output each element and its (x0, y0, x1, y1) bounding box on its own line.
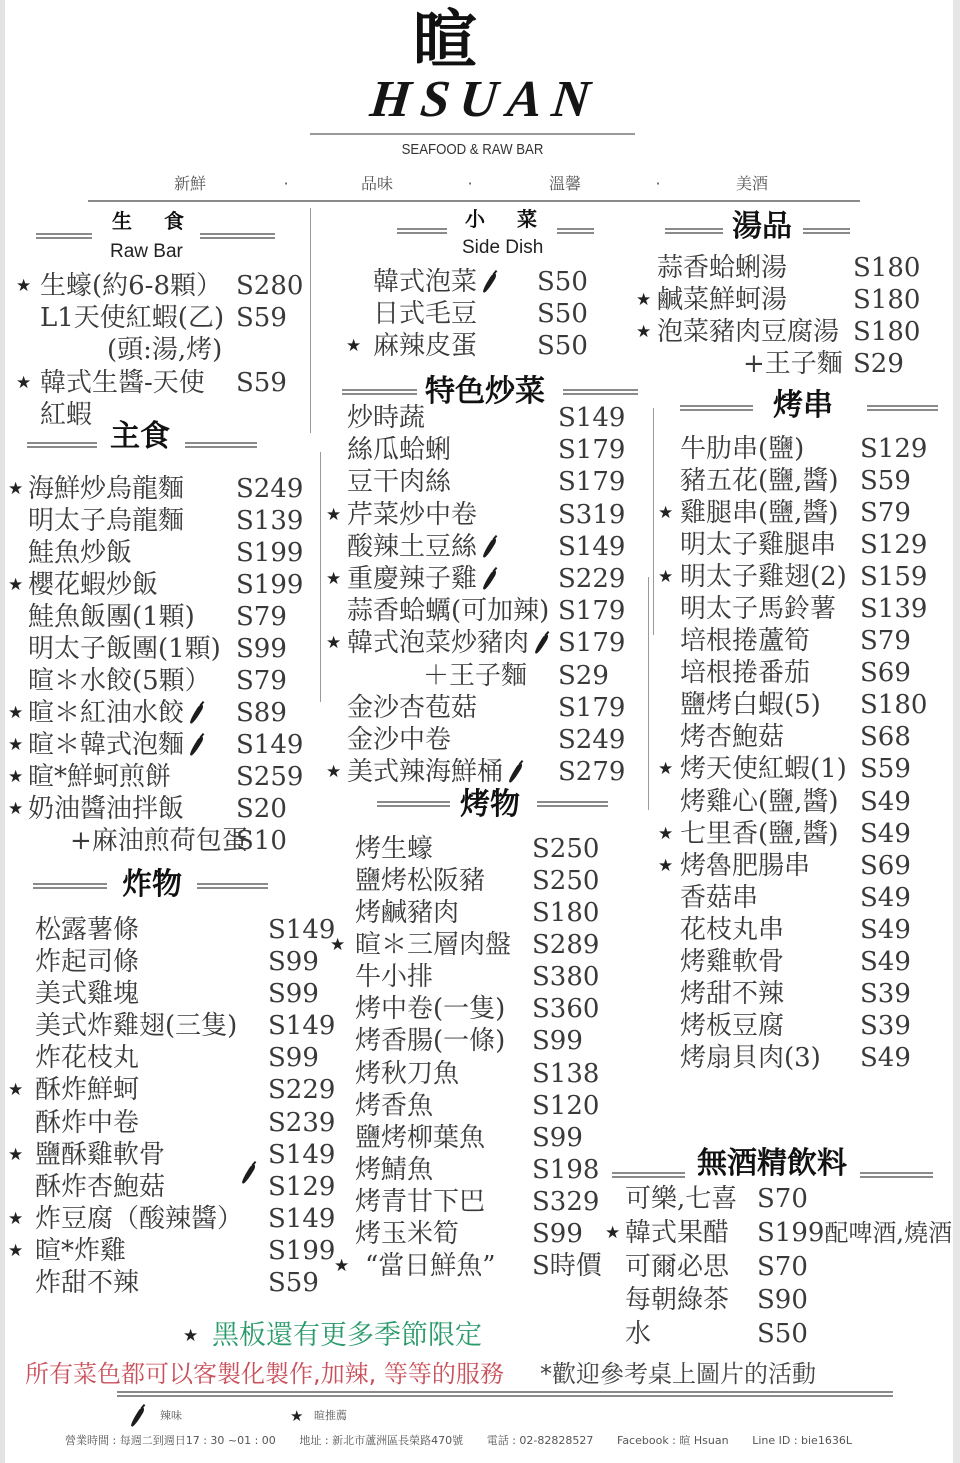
section-subtitle-side-dish: Side Dish (462, 237, 543, 259)
item-price: S79 (236, 601, 287, 633)
item-name: 炸花枝丸 (35, 1042, 139, 1074)
item-name: 烤甜不辣 (680, 978, 784, 1010)
item-name: 明太子烏龍麵 (28, 505, 184, 537)
double-rule (117, 1391, 893, 1397)
double-rule (860, 1172, 933, 1178)
item-price: S49 (860, 882, 911, 914)
item-name: 酥炸中卷 (35, 1107, 139, 1139)
star-icon (8, 473, 23, 505)
item-name-cell: 暄＊紅油水餃 (28, 697, 205, 729)
item-name: 蒜香蛤蠣(可加辣) (347, 595, 549, 627)
item-name: “當日鮮魚” (365, 1250, 496, 1282)
tagline-warm: 溫馨 (530, 174, 600, 194)
item-price: S70 (757, 1183, 808, 1217)
item-name-cell: 暄＊韓式泡麵 (28, 729, 205, 761)
chili-icon (480, 270, 498, 294)
item-name: 烤雞心(鹽,醬) (680, 786, 839, 818)
seasonal-note: 黑板還有更多季節限定 (212, 1320, 482, 1352)
tagline-wine: 美酒 (717, 174, 787, 194)
item-price: S49 (860, 818, 911, 850)
item-name: 烤鯖魚 (355, 1154, 433, 1186)
tagline-taste: 品味 (342, 174, 412, 194)
item-name: 金沙中卷 (347, 724, 451, 756)
item-price: S199 (236, 537, 303, 569)
double-rule (27, 442, 97, 448)
star-icon (8, 1235, 23, 1267)
item-name-cell: 海鮮炒烏龍麵 (28, 473, 184, 505)
item-name: 烤鹹豬肉 (355, 897, 459, 929)
chili-icon (480, 535, 498, 559)
section-title-soup: 湯品 (732, 211, 792, 243)
chili-icon (532, 631, 550, 655)
chili-icon (480, 567, 498, 591)
item-price: S99 (268, 946, 319, 978)
item-name: 美式雞塊 (35, 978, 139, 1010)
tagline-separator: · (251, 174, 321, 194)
item-price: S29 (853, 348, 904, 380)
item-price: S360 (532, 993, 599, 1025)
item-price: S199 (236, 569, 303, 601)
item-price: S69 (860, 850, 911, 882)
chili-icon (239, 1161, 257, 1185)
item-price: S259 (236, 761, 303, 793)
double-rule (33, 883, 107, 889)
section-title-mains: 主食 (110, 421, 170, 453)
item-name: 鮭魚炒飯 (28, 537, 132, 569)
item-price: S59 (236, 302, 287, 334)
double-rule (557, 228, 594, 234)
addon-name: +王子麵 (743, 348, 843, 380)
item-price: S239 (268, 1107, 335, 1139)
item-price: S180 (860, 689, 927, 721)
item-name: 明太子馬鈴薯 (680, 593, 836, 625)
item-name: 暄＊水餃(5顆） (28, 665, 211, 697)
item-price: S10 (236, 825, 287, 857)
section-title-fried: 炸物 (122, 869, 182, 901)
item-name: 炸甜不辣 (35, 1267, 139, 1299)
item-name: 明太子飯團(1顆) (28, 633, 221, 665)
chili-icon (128, 1404, 146, 1428)
item-name-cell: 暄＊水餃(5顆） (28, 665, 211, 697)
star-icon (605, 1217, 620, 1251)
section-title-side-dish: 小 菜 (465, 208, 543, 230)
item-name-cell: 櫻花蝦炒飯 (28, 569, 158, 601)
item-price: S129 (860, 529, 927, 561)
page-edge-right (953, 0, 960, 1463)
item-name: 烤中卷(一隻) (355, 993, 505, 1025)
star-icon (8, 761, 23, 793)
item-name: 蒜香蛤蜊湯 (657, 252, 787, 284)
item-name: 香菇串 (680, 882, 758, 914)
divider (310, 133, 635, 135)
star-icon (8, 1203, 23, 1235)
item-price: S199 (757, 1218, 824, 1248)
star-icon (8, 1074, 23, 1106)
star-icon (346, 330, 361, 362)
item-name-cell: 鮭魚飯團(1顆) (28, 601, 195, 633)
item-price: S180 (853, 284, 920, 316)
item-price: S198 (532, 1154, 599, 1186)
section-title-stir-fry: 特色炒菜 (425, 376, 545, 408)
item-name-cell: 蒜香蛤蠣(可加辣) (347, 595, 549, 627)
item-price: S180 (532, 897, 599, 929)
item-name-cell: 日式毛豆 (373, 298, 477, 330)
item-name: 暄＊紅油水餃 (28, 697, 184, 729)
item-price: S59 (236, 367, 287, 399)
item-name: 豆干肉絲 (347, 466, 451, 498)
item-name: 花枝丸串 (680, 914, 784, 946)
item-name-cell: 美式辣海鮮桶 (347, 756, 524, 788)
item-price: S180 (853, 252, 920, 284)
item-price: S139 (860, 593, 927, 625)
item-name: 麻辣皮蛋 (373, 330, 477, 362)
star-icon (326, 499, 341, 531)
star-icon (658, 818, 673, 850)
item-price: S39 (860, 1010, 911, 1042)
item-name: 烤香魚 (355, 1090, 433, 1122)
item-name: 每朝綠茶 (625, 1284, 729, 1318)
item-name: 鮭魚飯團(1顆) (28, 601, 195, 633)
item-name: 水 (625, 1318, 651, 1352)
item-note: (頭:湯,烤) (107, 334, 222, 366)
item-price: S149 (268, 1139, 335, 1171)
item-name: 暄＊三層肉盤 (355, 929, 511, 961)
item-price: S159 (860, 561, 927, 593)
star-icon (183, 1322, 198, 1350)
item-price: S149 (268, 1010, 335, 1042)
item-name: 芹菜炒中卷 (347, 499, 477, 531)
star-icon (326, 563, 341, 595)
item-name: 美式辣海鮮桶 (347, 756, 503, 788)
business-hours: 營業時間 : 每週二到週日17 : 30 ~01 : 00 (65, 1434, 276, 1448)
item-name: 雞腿串(鹽,醬) (680, 497, 839, 529)
item-name: 美式炸雞翅(三隻) (35, 1010, 237, 1042)
double-rule (680, 405, 753, 411)
addon-name: ＋王子麵 (423, 660, 527, 692)
item-price: S250 (532, 865, 599, 897)
item-price: S時價 (532, 1250, 602, 1282)
chili-icon (187, 701, 205, 725)
chili-icon (506, 760, 524, 784)
item-price: S149 (236, 729, 303, 761)
star-icon (658, 497, 673, 529)
item-price: S229 (558, 563, 625, 595)
item-name: 可爾必思 (625, 1251, 729, 1285)
star-icon (658, 850, 673, 882)
item-name-cell: 重慶辣子雞 (347, 563, 498, 595)
tagline-separator: · (623, 174, 693, 194)
star-icon (326, 627, 341, 659)
item-price: S59 (268, 1267, 319, 1299)
star-icon (334, 1250, 349, 1282)
item-name-cell: 鮭魚炒飯 (28, 537, 132, 569)
item-name: 牛肋串(鹽) (680, 433, 804, 465)
item-name-cell: 韓式泡菜炒豬肉 (347, 627, 550, 659)
item-name-cell: 暄*鮮蚵煎餅 (28, 761, 171, 793)
item-name-cell: 明太子烏龍麵 (28, 505, 184, 537)
item-name: 韓式果醋 (625, 1217, 729, 1251)
item-price: S380 (532, 961, 599, 993)
item-name: 烤青甘下巴 (355, 1186, 485, 1218)
item-price: S99 (236, 633, 287, 665)
item-name: 韓式泡菜 (373, 266, 477, 298)
addon-name: +麻油煎荷包蛋 (70, 825, 248, 857)
item-name: 酥炸杏鮑菇 (35, 1171, 165, 1203)
item-price: S50 (537, 298, 588, 330)
double-rule (612, 1172, 685, 1178)
item-name: 可樂,七喜 (625, 1183, 737, 1217)
item-price: S149 (268, 914, 335, 946)
line-id: Line ID : bie1636L (752, 1434, 852, 1448)
item-price: S229 (268, 1074, 335, 1106)
item-price: S280 (236, 270, 303, 302)
item-price: S50 (537, 266, 588, 298)
chili-icon (187, 733, 205, 757)
item-name-cell: 金沙杏苞菇 (347, 692, 477, 724)
item-price: S89 (236, 697, 287, 729)
item-price: S49 (860, 946, 911, 978)
item-name: 明太子雞腿串 (680, 529, 836, 561)
section-title-skewers: 烤串 (773, 390, 833, 422)
activity-note: *歡迎參考桌上圖片的活動 (540, 1360, 816, 1388)
double-rule (185, 442, 257, 448)
item-price: S279 (558, 756, 625, 788)
item-price: S99 (268, 978, 319, 1010)
item-name: 酸辣土豆絲 (347, 531, 477, 563)
item-price: S50 (537, 330, 588, 362)
item-price: S329 (532, 1186, 599, 1218)
address: 地址 : 新北市蘆洲區長榮路470號 (299, 1434, 463, 1448)
item-name: 豬五花(鹽,醬) (680, 465, 839, 497)
item-name-cell: 芹菜炒中卷 (347, 499, 477, 531)
column-divider (648, 577, 649, 810)
item-name: 牛小排 (355, 961, 433, 993)
item-name: 烤魯肥腸串 (680, 850, 810, 882)
item-name: 七里香(鹽,醬) (680, 818, 839, 850)
item-name: 鹽烤柳葉魚 (355, 1122, 485, 1154)
item-name: 培根捲番茄 (680, 657, 810, 689)
legend-spicy (128, 1404, 148, 1430)
item-name: 重慶辣子雞 (347, 563, 477, 595)
section-title-grill: 烤物 (460, 789, 520, 821)
double-rule (377, 801, 450, 807)
item-price: S149 (558, 531, 625, 563)
item-name: 烤扇貝肉(3) (680, 1042, 821, 1074)
double-rule (342, 389, 417, 395)
item-note: 配啤酒,燒酒 (824, 1219, 952, 1247)
item-price: S179 (558, 627, 625, 659)
item-price: S180 (853, 316, 920, 348)
star-icon (8, 729, 23, 761)
item-name: 培根捲蘆筍 (680, 625, 810, 657)
item-price: S20 (236, 793, 287, 825)
item-name: 鹽酥雞軟骨 (35, 1139, 165, 1171)
item-price: S29 (558, 660, 609, 692)
item-name: 暄*炸雞 (35, 1235, 126, 1267)
star-icon (290, 1407, 303, 1425)
star-icon (16, 367, 31, 399)
item-price: S319 (558, 499, 625, 531)
item-name: 櫻花蝦炒飯 (28, 569, 158, 601)
star-icon (8, 697, 23, 729)
section-subtitle-raw-bar: Raw Bar (110, 241, 183, 263)
item-name: 烤生蠔 (355, 833, 433, 865)
double-rule (200, 233, 275, 239)
section-title-raw-bar: 生 食 (112, 210, 190, 232)
column-divider (653, 408, 654, 635)
item-price: S99 (532, 1025, 583, 1057)
item-name: 日式毛豆 (373, 298, 477, 330)
double-rule (665, 228, 723, 234)
item-price: S69 (860, 657, 911, 689)
item-name: 鹹菜鮮蚵湯 (657, 284, 787, 316)
item-price: S49 (860, 786, 911, 818)
item-price: S179 (558, 466, 625, 498)
tagline-separator: · (435, 174, 505, 194)
double-rule (36, 233, 92, 239)
column-divider (320, 452, 321, 702)
double-rule (197, 883, 268, 889)
logo-chinese: 暄 (380, 2, 510, 80)
item-name-cell: 金沙中卷 (347, 724, 451, 756)
item-name: 金沙杏苞菇 (347, 692, 477, 724)
star-icon (326, 756, 341, 788)
item-name-cell: 奶油醬油拌飯 (28, 793, 184, 825)
item-name: 烤雞軟骨 (680, 946, 784, 978)
item-price: S149 (268, 1203, 335, 1235)
item-price-cell: S199配啤酒,燒酒 (757, 1217, 952, 1251)
item-name: 炸豆腐（酸辣醬） (35, 1203, 243, 1235)
tagline-fresh: 新鮮 (155, 174, 225, 194)
star-icon (330, 929, 345, 961)
item-name: 暄*鮮蚵煎餅 (28, 761, 171, 793)
star-icon (636, 284, 651, 316)
item-name: 奶油醬油拌飯 (28, 793, 184, 825)
item-price: S149 (558, 402, 625, 434)
item-name: 明太子雞翅(2) (680, 561, 847, 593)
item-price: S289 (532, 929, 599, 961)
star-icon (8, 569, 23, 601)
item-name: 酥炸鮮蚵 (35, 1074, 139, 1106)
item-name-cell: 炒時蔬 (347, 402, 425, 434)
double-rule (563, 389, 638, 395)
item-price: S99 (268, 1042, 319, 1074)
section-title-drinks: 無酒精飲料 (697, 1148, 847, 1180)
legend-recommend-label: 暄推薦 (314, 1409, 347, 1423)
item-price: S179 (558, 434, 625, 466)
item-name-cell: 絲瓜蛤蜊 (347, 434, 451, 466)
column-divider (310, 208, 311, 433)
star-icon (8, 1139, 23, 1171)
item-price: S39 (860, 978, 911, 1010)
item-name-cell: 韓式泡菜 (373, 266, 498, 298)
item-name: 烤香腸(一條) (355, 1025, 505, 1057)
item-name: 烤秋刀魚 (355, 1058, 459, 1090)
double-rule (803, 228, 850, 234)
item-name: 烤玉米筍 (355, 1218, 459, 1250)
legend-spicy-label: 辣味 (160, 1409, 182, 1423)
item-price: S79 (236, 665, 287, 697)
logo-english: HSUAN (327, 76, 632, 124)
item-name: 松露薯條 (35, 914, 139, 946)
item-price: S139 (236, 505, 303, 537)
item-price: S50 (757, 1318, 808, 1352)
item-price: S59 (860, 753, 911, 785)
star-icon (636, 316, 651, 348)
double-rule (867, 405, 938, 411)
star-icon (658, 753, 673, 785)
double-rule (537, 801, 608, 807)
divider (88, 200, 860, 202)
item-price: S79 (860, 625, 911, 657)
item-name: 鹽烤松阪豬 (355, 865, 485, 897)
item-name-cell: 豆干肉絲 (347, 466, 451, 498)
item-name-continuation: 紅蝦 (40, 399, 92, 431)
item-price: S179 (558, 692, 625, 724)
item-name: 海鮮炒烏龍麵 (28, 473, 184, 505)
facebook: Facebook : 暄 Hsuan (617, 1434, 729, 1448)
item-price: S179 (558, 595, 625, 627)
star-icon (658, 561, 673, 593)
item-name: 烤天使紅蝦(1) (680, 753, 847, 785)
double-rule (397, 228, 447, 234)
item-name: 暄＊韓式泡麵 (28, 729, 184, 761)
item-price: S49 (860, 914, 911, 946)
phone: 電話 : 02-82828527 (487, 1434, 594, 1448)
item-name: 炸起司條 (35, 946, 139, 978)
item-name-cell: 麻辣皮蛋 (373, 330, 477, 362)
item-name: 烤板豆腐 (680, 1010, 784, 1042)
item-price: S129 (860, 433, 927, 465)
item-name-cell: 明太子飯團(1顆) (28, 633, 221, 665)
item-name: 韓式泡菜炒豬肉 (347, 627, 529, 659)
restaurant-subtitle: SEAFOOD & RAW BAR (330, 141, 616, 159)
item-price: S250 (532, 833, 599, 865)
item-name: L1天使紅蝦(乙) (40, 302, 224, 334)
item-name: 韓式生醬-天使 (40, 367, 205, 399)
item-price: S68 (860, 721, 911, 753)
item-name: 鹽烤白蝦(5) (680, 689, 821, 721)
item-name: 生蠔(約6-8顆） (40, 270, 222, 302)
item-price: S249 (236, 473, 303, 505)
item-price: S59 (860, 465, 911, 497)
item-price: S199 (268, 1235, 335, 1267)
page-edge-left (0, 0, 5, 1463)
star-icon (16, 270, 31, 302)
item-name-cell: 酸辣土豆絲 (347, 531, 498, 563)
item-price: S120 (532, 1090, 599, 1122)
item-price: S129 (268, 1171, 335, 1203)
item-price: S99 (532, 1122, 583, 1154)
item-price: S249 (558, 724, 625, 756)
item-name: 泡菜豬肉豆腐湯 (657, 316, 839, 348)
item-name: 絲瓜蛤蜊 (347, 434, 451, 466)
item-price: S79 (860, 497, 911, 529)
item-price: S70 (757, 1251, 808, 1285)
item-price: S49 (860, 1042, 911, 1074)
item-price: S90 (757, 1284, 808, 1318)
item-name: 烤杏鮑菇 (680, 721, 784, 753)
item-name: 炒時蔬 (347, 402, 425, 434)
store-info: 營業時間 : 每週二到週日17 : 30 ~01 : 00 地址 : 新北市蘆洲… (65, 1434, 852, 1448)
item-price: S99 (532, 1218, 583, 1250)
customization-note: 所有菜色都可以客製化製作,加辣, 等等的服務 (25, 1360, 504, 1388)
item-price: S138 (532, 1058, 599, 1090)
star-icon (8, 793, 23, 825)
